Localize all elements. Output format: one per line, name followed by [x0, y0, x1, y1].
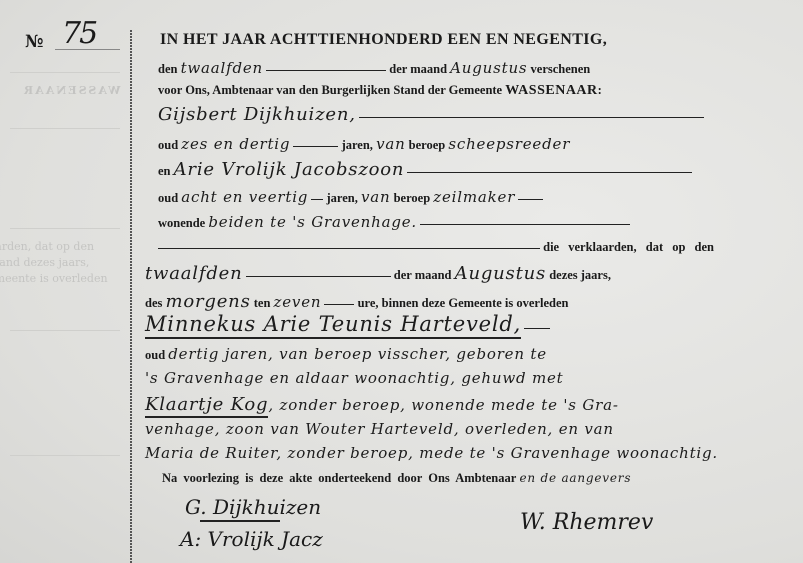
bleed-through-rule — [10, 128, 120, 129]
handwritten-deceased-details: dertig jaren, van beroep visscher, gebor… — [168, 345, 547, 363]
handwritten-residence: beiden te 's Gravenhage. — [208, 213, 417, 231]
bleed-through-municipality: WASSENAAR — [22, 84, 120, 97]
label-jaren: jaren, — [342, 138, 373, 152]
fill-line — [359, 116, 704, 118]
label-signing-statement: Na voorlezing is deze akte onderteekend … — [162, 471, 516, 485]
handwritten-declarant1-occupation: scheepsreeder — [448, 135, 570, 153]
fill-line — [420, 223, 630, 225]
bleed-through-text: die verklaarden, dat op den — [0, 240, 94, 253]
label-beroep: beroep — [409, 138, 446, 152]
handwritten-declarant2-name: Arie Vrolijk Jacobszoon — [174, 159, 405, 180]
label-dezes-jaars: dezes jaars, — [549, 268, 611, 282]
line-deceased-age: oud dertig jaren, van beroep visscher, g… — [145, 345, 773, 363]
handwritten-declarant1-name: Gijsbert Dijkhuizen, — [158, 104, 356, 125]
record-number-underline — [55, 49, 120, 50]
fill-line — [524, 327, 550, 329]
line-declarant2-name: en Arie Vrolijk Jacobszoon — [158, 159, 773, 180]
line-deceased-birthplace: 's Gravenhage en aldaar woonachtig, gehu… — [145, 369, 773, 387]
signature-declarant2: A: Vrolijk Jacz — [180, 527, 323, 551]
line-death-time: des morgens ten zeven ure, binnen deze G… — [145, 291, 773, 312]
line-declarant2-age: oud acht en veertig jaren, van beroep ze… — [158, 188, 773, 206]
line-deceased-name: Minnekus Arie Teunis Harteveld, — [145, 312, 773, 336]
handwritten-deceased-name: Minnekus Arie Teunis Harteveld, — [145, 312, 521, 339]
label-die-verklaarden: die verklaarden, dat op den — [543, 240, 714, 254]
bleed-through-text: deze Gemeente is overleden — [0, 272, 108, 285]
label-beroep: beroep — [394, 191, 431, 205]
bleed-through-rule — [10, 455, 120, 456]
line-residence: wonende beiden te 's Gravenhage. — [158, 213, 773, 231]
label-verschenen: verschenen — [531, 62, 591, 76]
handwritten-spouse-name: Klaartje Kog — [145, 394, 268, 418]
handwritten-van: van — [376, 135, 405, 153]
fill-line — [311, 198, 323, 200]
label-jaren: jaren, — [326, 191, 357, 205]
record-number-mark: № — [25, 32, 43, 52]
handwritten-declarant2-occupation: zeilmaker — [433, 188, 515, 206]
line-declarant1-age: oud zes en dertig jaren, van beroep sche… — [158, 135, 773, 153]
handwritten-father-details: venhage, zoon van Wouter Harteveld, over… — [145, 420, 614, 438]
municipality-name: WASSENAAR — [505, 83, 597, 98]
signature-underline — [200, 520, 280, 522]
label-der-maand: der maand — [394, 268, 452, 282]
scanned-document-page: WASSENAAR die verklaarden, dat op den de… — [0, 0, 803, 563]
label-oud: oud — [145, 348, 165, 362]
colon: : — [598, 83, 602, 97]
handwritten-birthplace-marriage: 's Gravenhage en aldaar woonachtig, gehu… — [145, 369, 564, 387]
label-en: en — [158, 164, 171, 178]
line-mother: Maria de Ruiter, zonder beroep, mede te … — [145, 444, 773, 462]
line-date-appearance: den twaalfden der maand Augustus versche… — [158, 59, 773, 77]
fill-line — [266, 69, 386, 71]
handwritten-declarant2-age: acht en veertig — [181, 188, 308, 206]
signature-declarant1: G. Dijkhuizen — [185, 495, 321, 519]
handwritten-declarant1-age: zes en dertig — [181, 135, 290, 153]
line-signing: Na voorlezing is deze akte onderteekend … — [162, 471, 773, 486]
line-declarant1-name: Gijsbert Dijkhuizen, — [158, 104, 773, 125]
handwritten-signing-addition: en de aangevers — [519, 471, 631, 485]
line-declared: die verklaarden, dat op den — [158, 240, 773, 255]
bleed-through-rule — [10, 330, 120, 331]
fill-line — [293, 145, 338, 147]
handwritten-mother-details: Maria de Ruiter, zonder beroep, mede te … — [145, 444, 718, 462]
fill-line — [324, 303, 354, 305]
label-den: den — [158, 62, 177, 76]
fill-line — [518, 198, 543, 200]
label-overleden: ure, binnen deze Gemeente is overleden — [358, 296, 569, 310]
label-oud: oud — [158, 138, 178, 152]
fill-line — [407, 171, 692, 173]
line-death-date: twaalfden der maand Augustus dezes jaars… — [145, 263, 773, 284]
fill-line — [246, 275, 391, 277]
label-des: des — [145, 296, 162, 310]
line-spouse: Klaartje Kog, zonder beroep, wonende med… — [145, 394, 773, 415]
label-der-maand: der maand — [389, 62, 447, 76]
handwritten-spouse-details: , zonder beroep, wonende mede te 's Gra- — [268, 396, 618, 414]
bleed-through-text: der maand dezes jaars, — [0, 256, 89, 269]
label-oud: oud — [158, 191, 178, 205]
label-official: voor Ons, Ambtenaar van den Burgerlijken… — [158, 83, 502, 97]
handwritten-van: van — [361, 188, 390, 206]
line-official: voor Ons, Ambtenaar van den Burgerlijken… — [158, 83, 773, 99]
label-ten: ten — [254, 296, 271, 310]
record-number: 75 — [62, 16, 96, 51]
signature-official: W. Rhemrev — [520, 510, 653, 535]
handwritten-time-of-day: morgens — [166, 291, 251, 312]
bleed-through-rule — [10, 72, 120, 73]
margin-rule — [130, 30, 132, 563]
handwritten-death-month: Augustus — [455, 263, 546, 284]
handwritten-hour: zeven — [274, 293, 322, 311]
label-wonende: wonende — [158, 216, 205, 230]
fill-line — [158, 247, 540, 249]
handwritten-month: Augustus — [450, 59, 527, 77]
handwritten-day: twaalfden — [181, 59, 263, 77]
handwritten-death-day: twaalfden — [145, 263, 243, 284]
line-father: venhage, zoon van Wouter Harteveld, over… — [145, 420, 773, 438]
bleed-through-rule — [10, 228, 120, 229]
record-heading: IN HET JAAR ACHTTIENHONDERD EEN EN NEGEN… — [160, 31, 773, 49]
